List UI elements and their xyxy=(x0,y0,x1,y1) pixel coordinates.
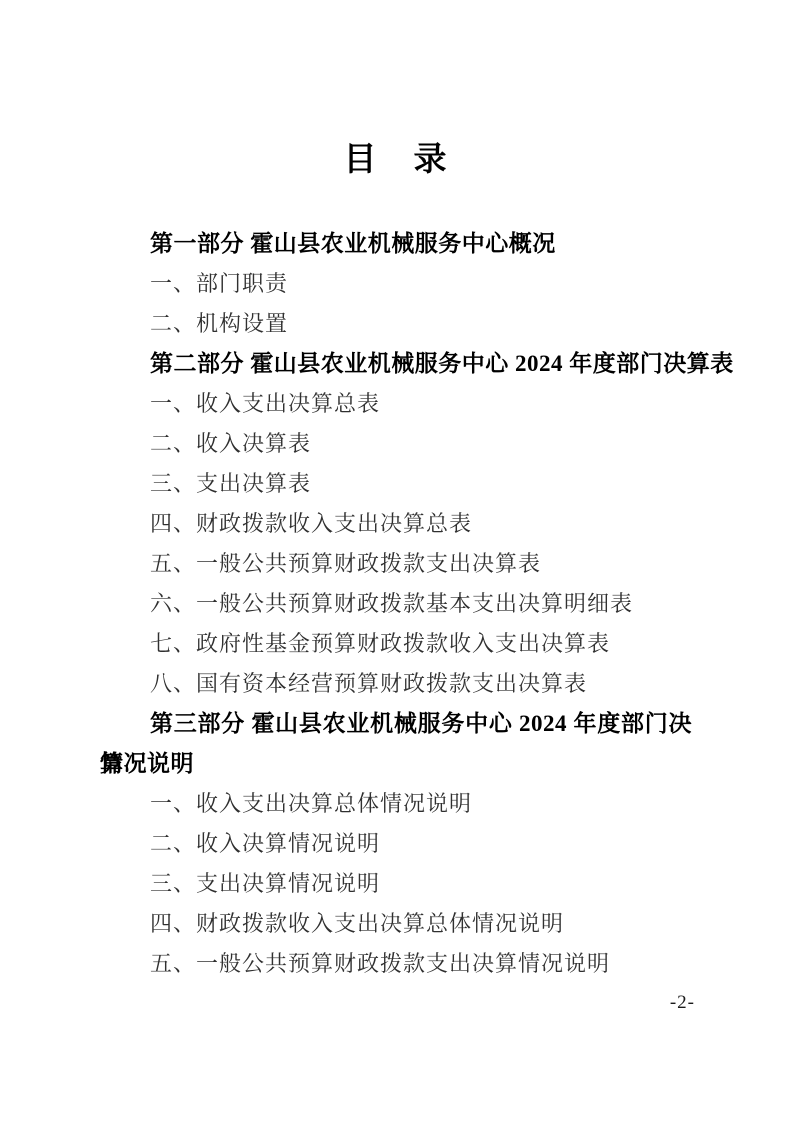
toc-item: 五、一般公共预算财政拨款支出决算表 xyxy=(100,544,692,584)
toc-item: 四、财政拨款收入支出决算总表 xyxy=(100,504,692,544)
toc-item: 八、国有资本经营预算财政拨款支出决算表 xyxy=(100,664,692,704)
page-title: 目 录 xyxy=(100,136,692,184)
toc-item: 一、收入支出决算总体情况说明 xyxy=(100,784,692,824)
toc-item: 三、支出决算情况说明 xyxy=(100,864,692,904)
toc-item: 一、收入支出决算总表 xyxy=(100,384,692,424)
toc-item: 二、收入决算情况说明 xyxy=(100,824,692,864)
document-page: 目 录 第一部分 霍山县农业机械服务中心概况 一、部门职责 二、机构设置 第二部… xyxy=(0,0,793,1122)
page-number: -2- xyxy=(670,992,695,1014)
toc-item: 七、政府性基金预算财政拨款收入支出决算表 xyxy=(100,624,692,664)
toc-item: 五、一般公共预算财政拨款支出决算情况说明 xyxy=(100,944,692,984)
toc-heading-part3-line1: 第三部分 霍山县农业机械服务中心 2024 年度部门决算 xyxy=(100,704,692,744)
toc-item: 二、机构设置 xyxy=(100,304,692,344)
toc-item: 三、支出决算表 xyxy=(100,464,692,504)
toc-item: 一、部门职责 xyxy=(100,264,692,304)
toc-item: 四、财政拨款收入支出决算总体情况说明 xyxy=(100,904,692,944)
toc-item: 二、收入决算表 xyxy=(100,424,692,464)
table-of-contents: 第一部分 霍山县农业机械服务中心概况 一、部门职责 二、机构设置 第二部分 霍山… xyxy=(100,224,692,984)
toc-heading-part3-line2: 情况说明 xyxy=(100,744,692,784)
toc-heading-part1: 第一部分 霍山县农业机械服务中心概况 xyxy=(100,224,692,264)
toc-item: 六、一般公共预算财政拨款基本支出决算明细表 xyxy=(100,584,692,624)
toc-heading-part2: 第二部分 霍山县农业机械服务中心 2024 年度部门决算表 xyxy=(100,344,692,384)
